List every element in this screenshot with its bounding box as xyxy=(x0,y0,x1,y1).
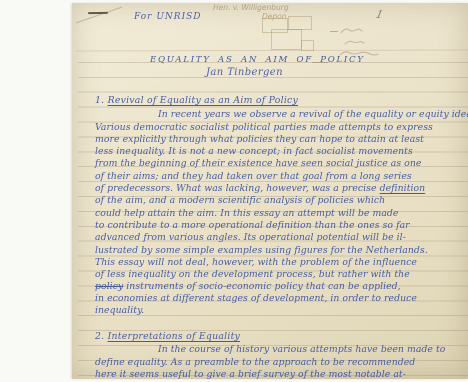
manuscript-line: more explicitly through what policies th… xyxy=(95,134,424,145)
pencil-sketch-rect xyxy=(288,16,312,30)
manuscript-line: policy instruments of socio-economic pol… xyxy=(95,281,401,292)
manuscript-line: from the beginning of their existence ha… xyxy=(95,158,421,169)
manuscript-line: in economies at different stages of deve… xyxy=(95,293,417,304)
manuscript-line: of less inequality on the development pr… xyxy=(95,269,410,280)
pencil-sketch-rect xyxy=(271,29,302,50)
manuscript-line: In recent years we observe a revival of … xyxy=(158,109,468,120)
manuscript-line: of their aims; and they had taken over t… xyxy=(95,171,412,182)
manuscript-line: advanced from various angles. Its operat… xyxy=(95,232,406,243)
manuscript-line: inequality. xyxy=(95,305,144,316)
manuscript-line: Various democratic socialist political p… xyxy=(95,122,433,133)
manuscript-line: define equality. As a preamble to the ap… xyxy=(95,357,415,368)
dark-dash-mark xyxy=(88,12,108,14)
manuscript-line: less inequality. It is not a new concept… xyxy=(95,146,413,157)
for-unrisd-note: For UNRISD xyxy=(134,12,202,22)
manuscript-line: In the course of history various attempt… xyxy=(158,344,445,355)
pencil-sketch-rect xyxy=(301,40,314,51)
manuscript-line: could help attain the aim. In this essay… xyxy=(95,208,398,219)
manuscript-line: lustrated by some simple examples using … xyxy=(95,245,428,256)
manuscript-line: This essay will not deal, however, with … xyxy=(95,257,417,268)
author-name: Jan Tinbergen xyxy=(206,67,283,78)
section-heading: 2. Interpretations of Equality xyxy=(95,331,240,342)
pencil-note-name: Hen. v. Willigenburg xyxy=(213,3,289,12)
manuscript-line: to contribute to a more operational defi… xyxy=(95,220,410,231)
manuscript-line: here it seems useful to give a brief sur… xyxy=(95,369,406,380)
pencil-dash xyxy=(330,31,338,32)
document-title: EQUALITY AS AN AIM OF POLICY xyxy=(150,55,365,65)
manuscript-line: of predecessors. What was lacking, howev… xyxy=(95,183,425,194)
manuscript-line: of the aim, and a modern scientific anal… xyxy=(95,195,385,206)
scanned-manuscript-page: For UNRISD 1 EQUALITY AS AN AIM OF POLIC… xyxy=(0,0,468,382)
pencil-dash xyxy=(312,62,328,63)
section-heading: 1. Revival of Equality as an Aim of Poli… xyxy=(95,95,298,106)
